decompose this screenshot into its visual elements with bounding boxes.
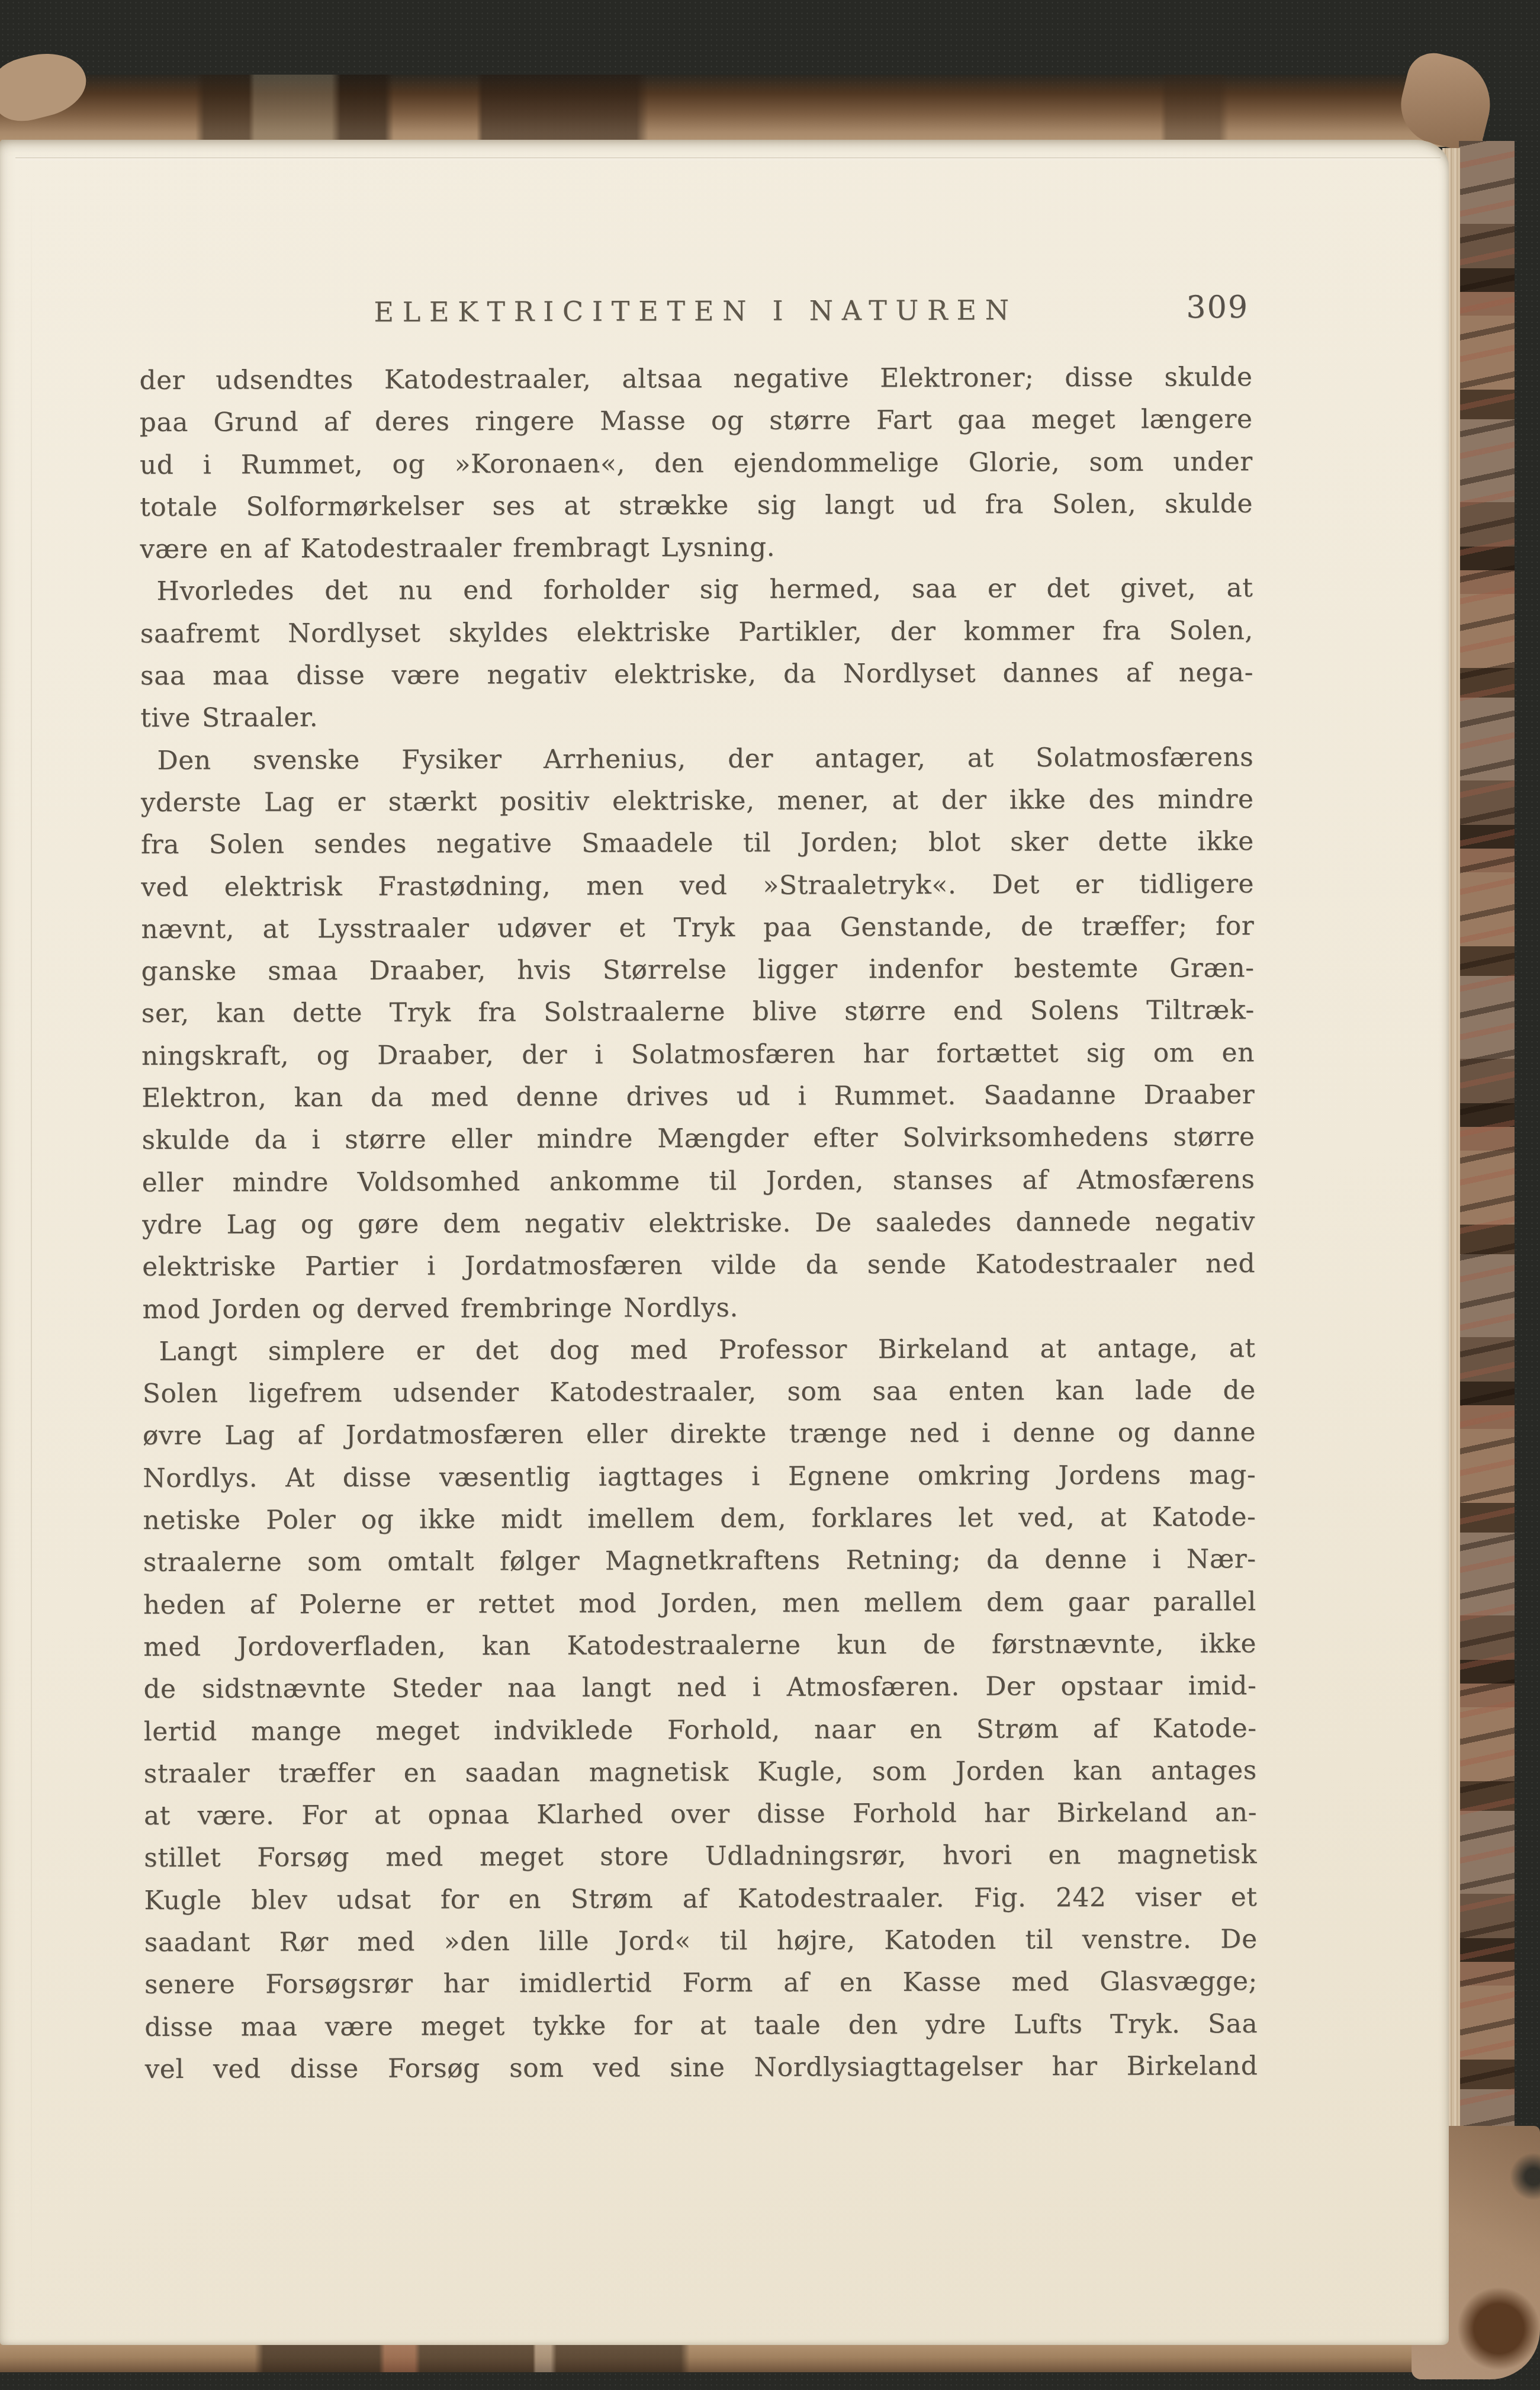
text-line: ved elektrisk Frastødning, men ved »Stra…: [141, 863, 1254, 908]
text-line: være en af Katodestraaler frembragt Lysn…: [140, 525, 1253, 570]
text-line: Elektron, kan da med denne drives ud i R…: [142, 1074, 1255, 1119]
running-header: ELEKTRICITETEN I NATUREN 309: [139, 293, 1252, 332]
text-line: ningskraft, og Draaber, der i Solatmosfæ…: [142, 1032, 1255, 1077]
marbled-cover-edge-right: [1459, 141, 1515, 2154]
text-line: der udsendtes Katodestraaler, altsaa neg…: [139, 356, 1252, 401]
running-header-title: ELEKTRICITETEN I NATUREN: [374, 294, 1017, 327]
text-line: disse maa være meget tykke for at taale …: [144, 2003, 1258, 2048]
text-line: øvre Lag af Jordatmosfæren eller direkte…: [143, 1412, 1256, 1457]
text-line: med Jordoverfladen, kan Katodestraalerne…: [143, 1623, 1256, 1668]
paragraph: Langt simplere er det dog med Professor …: [142, 1327, 1258, 2090]
text-line: saafremt Nordlyset skyldes elektriske Pa…: [140, 609, 1253, 655]
text-line: nævnt, at Lysstraaler udøver et Tryk paa…: [141, 905, 1254, 950]
text-line: heden af Polerne er rettet mod Jorden, m…: [143, 1581, 1256, 1626]
text-line: tive Straaler.: [140, 694, 1253, 740]
text-line: yderste Lag er stærkt positiv elektriske…: [141, 778, 1254, 824]
text-line: eller mindre Voldsomhed ankomme til Jord…: [142, 1158, 1255, 1204]
text-line: Den svenske Fysiker Arrhenius, der antag…: [140, 736, 1253, 782]
text-line: stillet Forsøg med meget store Udladning…: [144, 1834, 1257, 1880]
paragraph: Den svenske Fysiker Arrhenius, der antag…: [140, 736, 1255, 1331]
text-line: Langt simplere er det dog med Professor …: [142, 1327, 1255, 1373]
text-line: lertid mange meget indviklede Forhold, n…: [143, 1707, 1256, 1753]
text-line: at være. For at opnaa Klarhed over disse…: [144, 1791, 1257, 1837]
text-line: paa Grund af deres ringere Masse og stør…: [140, 398, 1253, 444]
book-scan: ELEKTRICITETEN I NATUREN 309 der udsendt…: [0, 0, 1540, 2390]
text-line: netiske Poler og ikke midt imellem dem, …: [143, 1496, 1256, 1541]
text-line: straaler træffer en saadan magnetisk Kug…: [144, 1749, 1257, 1795]
text-line: ganske smaa Draaber, hvis Størrelse ligg…: [141, 947, 1254, 992]
text-line: fra Solen sendes negative Smaadele til J…: [141, 820, 1254, 866]
text-line: Hvorledes det nu end forholder sig herme…: [140, 567, 1253, 613]
paragraph: Hvorledes det nu end forholder sig herme…: [140, 567, 1253, 740]
text-line: senere Forsøgsrør har imidlertid Form af…: [144, 1960, 1258, 2006]
text-line: ud i Rummet, og »Koronaen«, den ejendomm…: [140, 441, 1253, 486]
text-line: Kugle blev udsat for en Strøm af Katodes…: [144, 1876, 1257, 1922]
text-line: de sidstnævnte Steder naa langt ned i At…: [143, 1665, 1256, 1710]
text-line: mod Jorden og derved frembringe Nordlys.: [142, 1285, 1255, 1331]
text-line: elektriske Partier i Jordatmosfæren vild…: [142, 1242, 1255, 1288]
text-line: saadant Rør med »den lille Jord« til høj…: [144, 1918, 1258, 1964]
text-line: skulde da i større eller mindre Mængder …: [142, 1116, 1255, 1162]
text-line: saa maa disse være negativ elektriske, d…: [140, 651, 1253, 697]
paragraph: der udsendtes Katodestraaler, altsaa neg…: [139, 356, 1253, 570]
text-line: ser, kan dette Tryk fra Solstraalerne bl…: [142, 990, 1255, 1035]
printed-text-area: ELEKTRICITETEN I NATUREN 309 der udsendt…: [0, 137, 1452, 2347]
text-line: straalerne som omtalt følger Magnetkraft…: [143, 1538, 1256, 1583]
text-line: ydre Lag og gøre dem negativ elektriske.…: [142, 1200, 1255, 1246]
book-page: ELEKTRICITETEN I NATUREN 309 der udsendt…: [0, 140, 1449, 2345]
text-line: totale Solformørkelser ses at strække si…: [140, 483, 1253, 528]
text-line: Nordlys. At disse væsentlig iagttages i …: [143, 1454, 1256, 1499]
book-binding-top-edge: [0, 75, 1483, 147]
text-line: Solen ligefrem udsender Katodestraaler, …: [143, 1369, 1256, 1415]
page-number: 309: [1186, 290, 1249, 325]
text-line: vel ved disse Forsøg som ved sine Nordly…: [144, 2045, 1258, 2090]
page-body-text: der udsendtes Katodestraaler, altsaa neg…: [139, 356, 1258, 2090]
